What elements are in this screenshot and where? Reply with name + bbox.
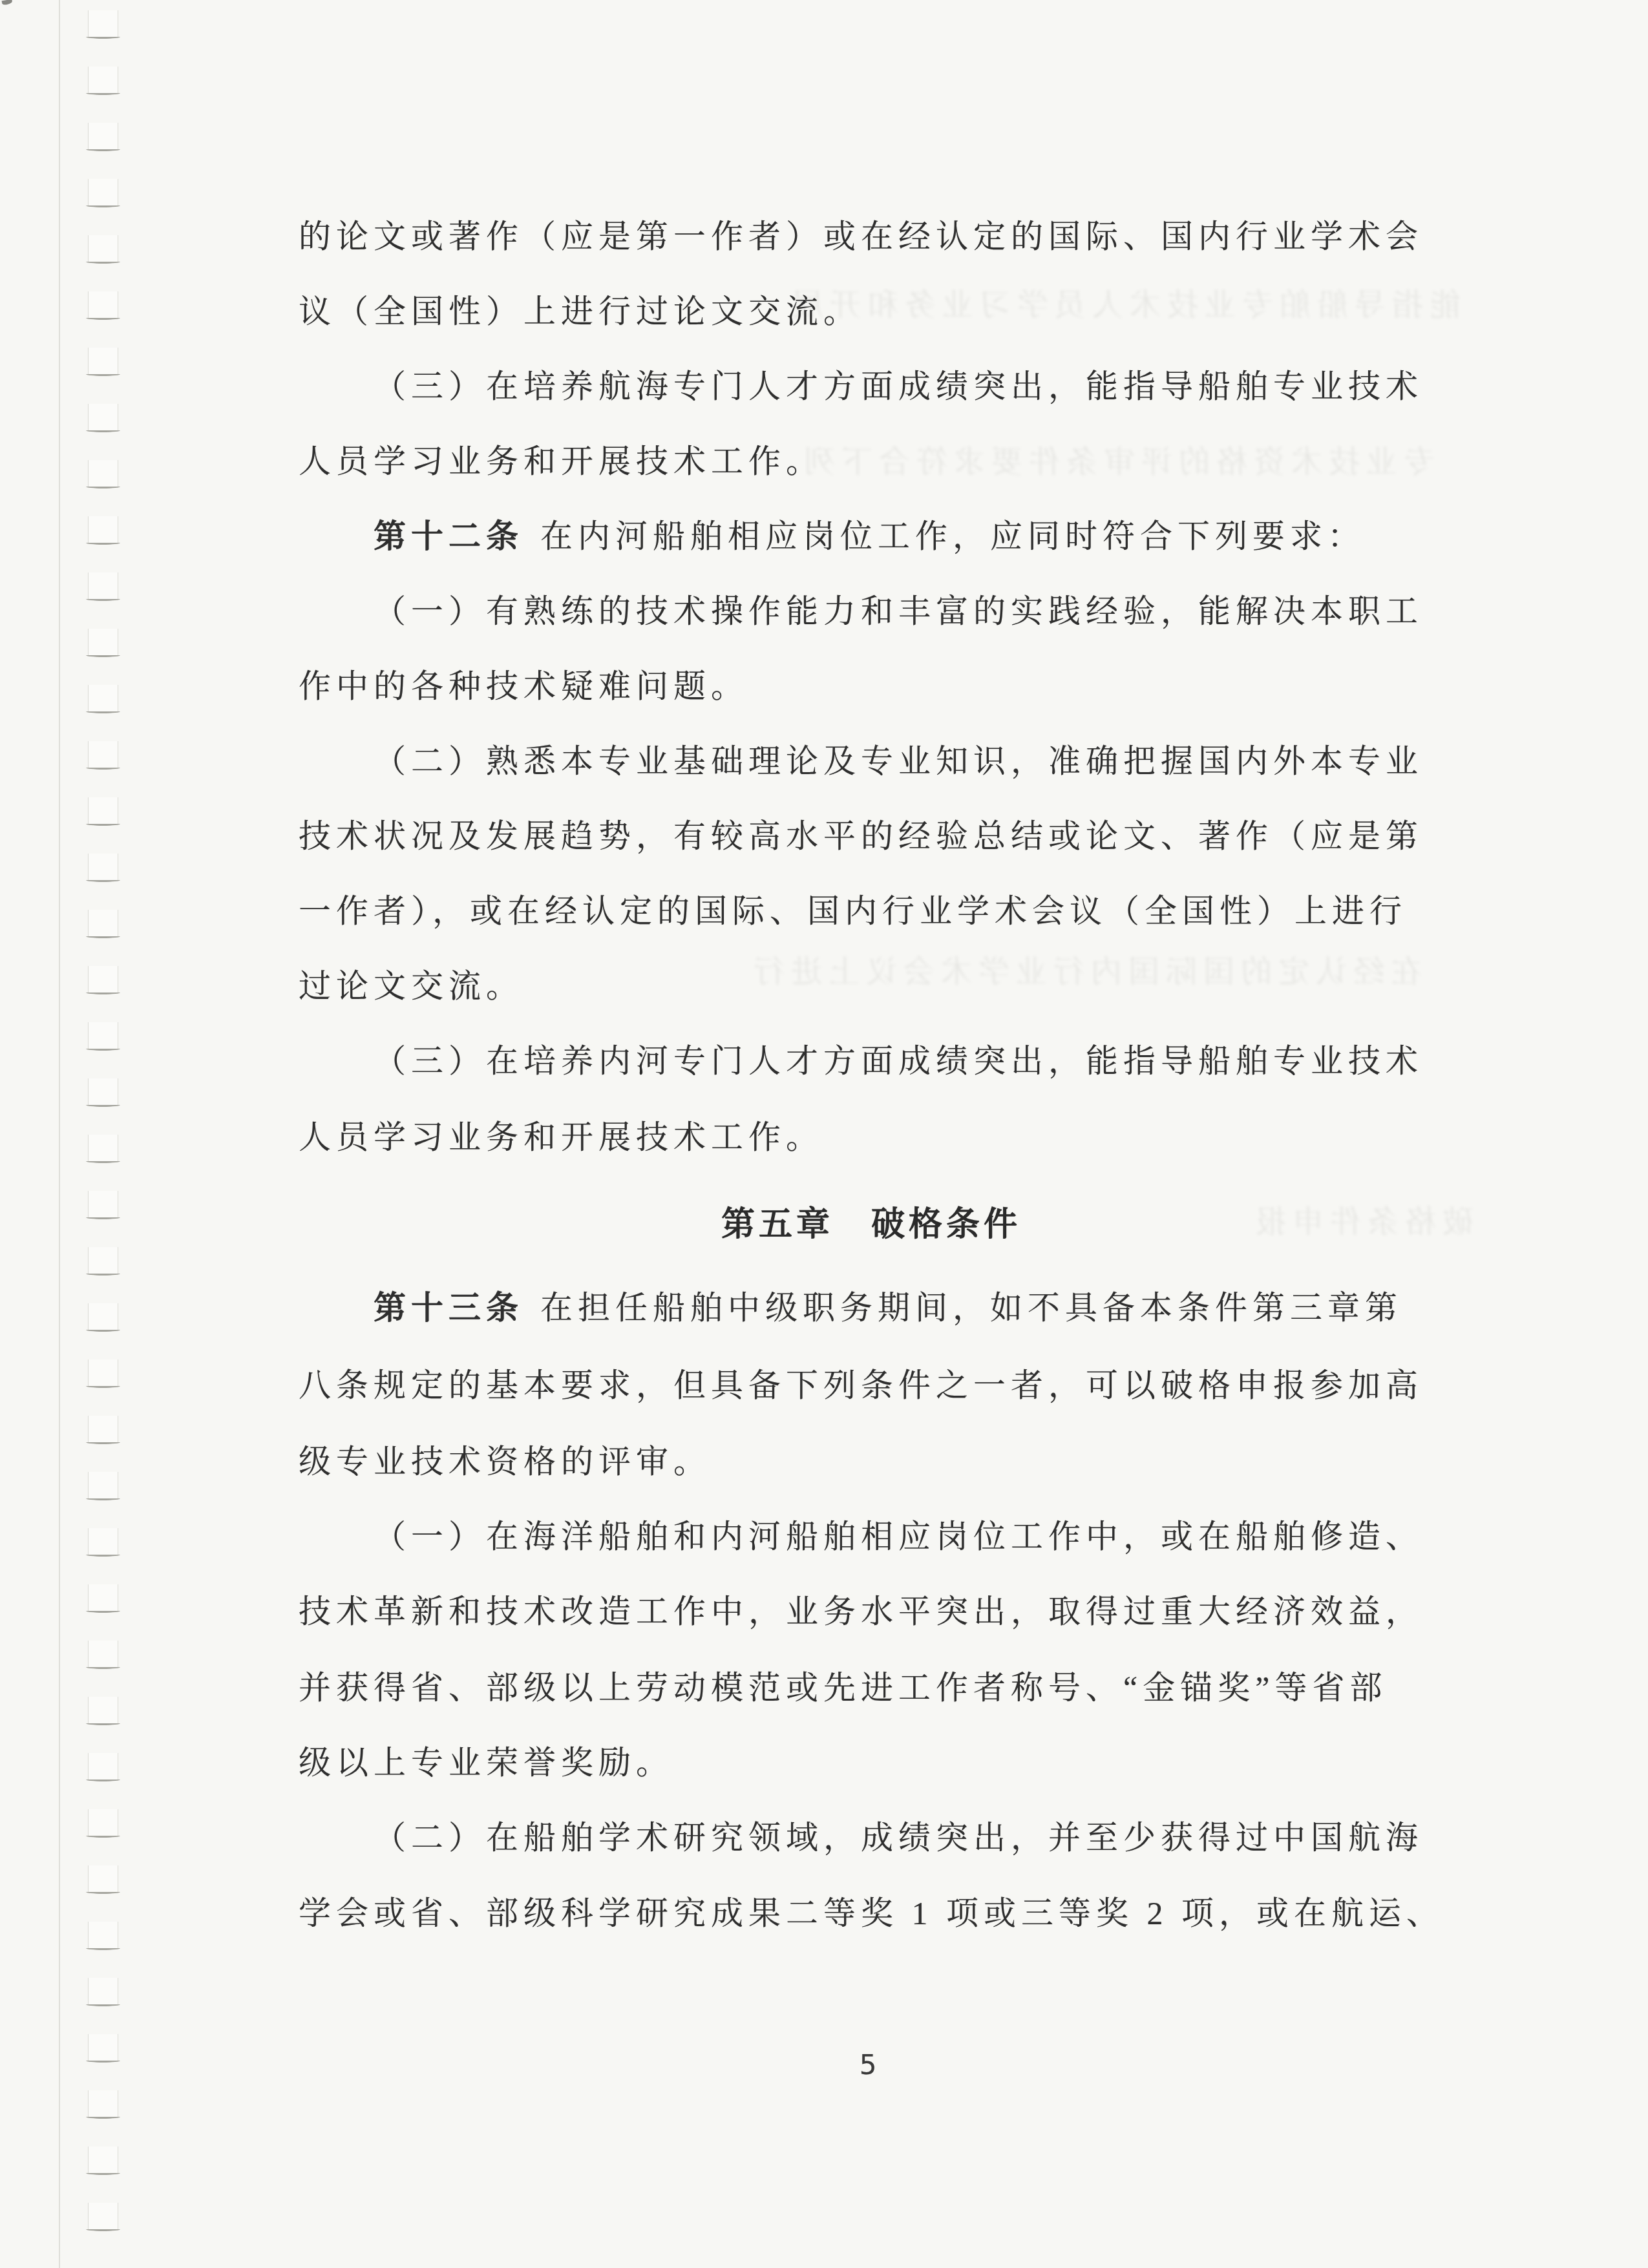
text-line: 八条规定的基本要求，但具备下列条件之一者，可以破格申报参加高 bbox=[299, 1367, 1481, 1404]
article-number-bold: 第十二条 bbox=[374, 518, 523, 555]
text-line: 技术革新和技术改造工作中，业务水平突出，取得过重大经济效益， bbox=[299, 1593, 1481, 1630]
binding-hole bbox=[88, 1022, 118, 1049]
binding-hole bbox=[88, 966, 118, 993]
binding-hole bbox=[88, 2147, 118, 2174]
text-line: （三）在培养内河专门人才方面成绩突出，能指导船舶专业技术 bbox=[299, 1042, 1556, 1080]
text-line: （二）熟悉本专业基础理论及专业知识，准确把握国内外本专业 bbox=[299, 742, 1556, 780]
text-line: 一作者），或在经认定的国际、国内行业学术会议（全国性）上进行 bbox=[299, 892, 1481, 930]
binding-hole bbox=[88, 1865, 118, 1893]
binding-hole bbox=[88, 235, 118, 262]
scanned-document-page: 能指导船舶专业技术人员学习业务和开展专业技术资格的评审条件要求符合下列在经认定的… bbox=[0, 0, 1648, 2268]
binding-hole bbox=[88, 1922, 118, 1949]
binding-hole bbox=[88, 1416, 118, 1443]
text-line: （一）有熟练的技术操作能力和丰富的实践经验，能解决本职工 bbox=[299, 593, 1556, 630]
binding-hole bbox=[88, 2034, 118, 2061]
binding-hole bbox=[88, 1303, 118, 1330]
binding-hole bbox=[88, 123, 118, 150]
binding-hole bbox=[88, 1528, 118, 1555]
binding-hole bbox=[88, 1809, 118, 1836]
binding-hole bbox=[88, 1584, 118, 1612]
binding-hole bbox=[88, 854, 118, 881]
text-line: 第十二条在内河船舶相应岗位工作，应同时符合下列要求： bbox=[299, 518, 1556, 555]
text-line: 级专业技术资格的评审。 bbox=[299, 1443, 1481, 1480]
binding-hole bbox=[88, 572, 118, 600]
binding-hole bbox=[88, 1472, 118, 1499]
binding-hole bbox=[88, 1078, 118, 1106]
binding-hole bbox=[88, 2090, 118, 2117]
binding-hole bbox=[88, 2203, 118, 2230]
binding-hole bbox=[88, 67, 118, 94]
text-line: （一）在海洋船舶和内河船舶相应岗位工作中，或在船舶修造、 bbox=[299, 1518, 1556, 1555]
binding-hole bbox=[88, 1360, 118, 1387]
article-number-bold: 第十三条 bbox=[374, 1289, 523, 1327]
text-line: 人员学习业务和开展技术工作。 bbox=[299, 1118, 1481, 1156]
text-line: 作中的各种技术疑难问题。 bbox=[299, 667, 1481, 705]
binding-hole bbox=[88, 1697, 118, 1724]
binding-hole bbox=[88, 910, 118, 937]
binding-hole bbox=[88, 1978, 118, 2005]
text-line: 议（全国性）上进行过论文交流。 bbox=[299, 293, 1481, 330]
scan-corner-artifact bbox=[2, 0, 13, 5]
binding-hole bbox=[88, 291, 118, 319]
binding-hole bbox=[88, 348, 118, 375]
text-line: 人员学习业务和开展技术工作。 bbox=[299, 443, 1481, 480]
binding-hole bbox=[88, 179, 118, 206]
binding-hole bbox=[88, 460, 118, 487]
scan-edge-line bbox=[59, 0, 60, 2268]
text-line: 并获得省、部级以上劳动模范或先进工作者称号、“金锚奖”等省部 bbox=[299, 1669, 1481, 1706]
text-line: 级以上专业荣誉奖励。 bbox=[299, 1744, 1481, 1781]
binding-hole bbox=[88, 1135, 118, 1162]
text-line: （三）在培养航海专门人才方面成绩突出，能指导船舶专业技术 bbox=[299, 368, 1556, 405]
binding-hole bbox=[88, 741, 118, 768]
binding-hole bbox=[88, 629, 118, 656]
binding-hole bbox=[88, 10, 118, 37]
binding-hole bbox=[88, 1191, 118, 1218]
text-line: 学会或省、部级科学研究成果二等奖 1 项或三等奖 2 项，或在航运、 bbox=[299, 1895, 1481, 1932]
binding-hole bbox=[88, 516, 118, 543]
binding-hole bbox=[88, 685, 118, 712]
text-line: 过论文交流。 bbox=[299, 967, 1481, 1005]
binding-hole bbox=[88, 797, 118, 824]
page-number: 5 bbox=[849, 2050, 887, 2081]
text-line: （二）在船舶学术研究领域，成绩突出，并至少获得过中国航海 bbox=[299, 1819, 1556, 1856]
binding-hole bbox=[88, 1753, 118, 1780]
binding-hole bbox=[88, 404, 118, 431]
text-line: 第十三条在担任船舶中级职务期间，如不具备本条件第三章第 bbox=[299, 1289, 1556, 1327]
text-line: 技术状况及发展趋势，有较高水平的经验总结或论文、著作（应是第 bbox=[299, 817, 1481, 855]
binding-hole bbox=[88, 1641, 118, 1668]
binding-hole bbox=[88, 1247, 118, 1274]
text-line: 的论文或著作（应是第一作者）或在经认定的国际、国内行业学术会 bbox=[299, 218, 1481, 255]
chapter-heading: 第五章 破格条件 bbox=[299, 1204, 1444, 1244]
